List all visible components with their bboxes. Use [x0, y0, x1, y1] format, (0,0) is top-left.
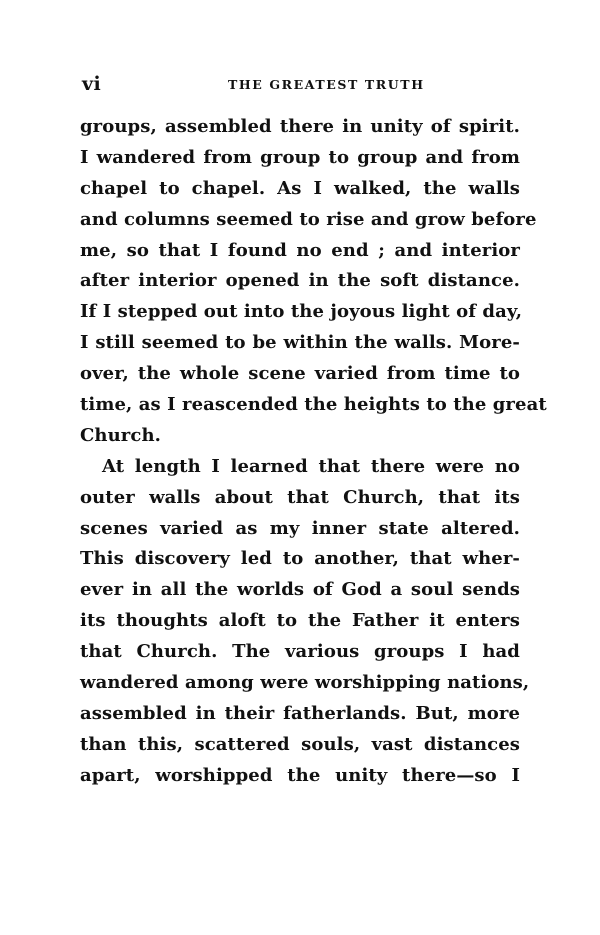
text-line: Church. — [80, 421, 520, 452]
text-line: At length I learned that there were no — [80, 452, 520, 483]
text-line: apart, worshipped the unity there—so I — [80, 761, 520, 792]
text-line: groups, assembled there in unity of spir… — [80, 112, 520, 143]
text-line: I still seemed to be within the walls. M… — [80, 328, 520, 359]
text-line: I wandered from group to group and from — [80, 143, 520, 174]
text-line: over, the whole scene varied from time t… — [80, 359, 520, 390]
text-line: me, so that I found no end ; and interio… — [80, 236, 520, 267]
running-head: vi THE GREATEST TRUTH — [80, 73, 520, 97]
text-line: scenes varied as my inner state altered. — [80, 514, 520, 545]
text-line: ever in all the worlds of God a soul sen… — [80, 575, 520, 606]
text-line: outer walls about that Church, that its — [80, 483, 520, 514]
text-line: that Church. The various groups I had — [80, 637, 520, 668]
text-line: wandered among were worshipping nations, — [80, 668, 520, 699]
body-text: groups, assembled there in unity of spir… — [80, 112, 520, 792]
text-line: than this, scattered souls, vast distanc… — [80, 730, 520, 761]
paragraph-2: At length I learned that there were no o… — [80, 452, 520, 792]
text-line: chapel to chapel. As I walked, the walls — [80, 174, 520, 205]
text-line: assembled in their fatherlands. But, mor… — [80, 699, 520, 730]
running-title: THE GREATEST TRUTH — [228, 77, 425, 92]
text-line: time, as I reascended the heights to the… — [80, 390, 520, 421]
text-line: and columns seemed to rise and grow befo… — [80, 205, 520, 236]
text-line: If I stepped out into the joyous light o… — [80, 297, 520, 328]
text-line: This discovery led to another, that wher… — [80, 544, 520, 575]
text-line: after interior opened in the soft distan… — [80, 266, 520, 297]
page-number: vi — [82, 73, 101, 95]
paragraph-1: groups, assembled there in unity of spir… — [80, 112, 520, 452]
text-line: its thoughts aloft to the Father it ente… — [80, 606, 520, 637]
